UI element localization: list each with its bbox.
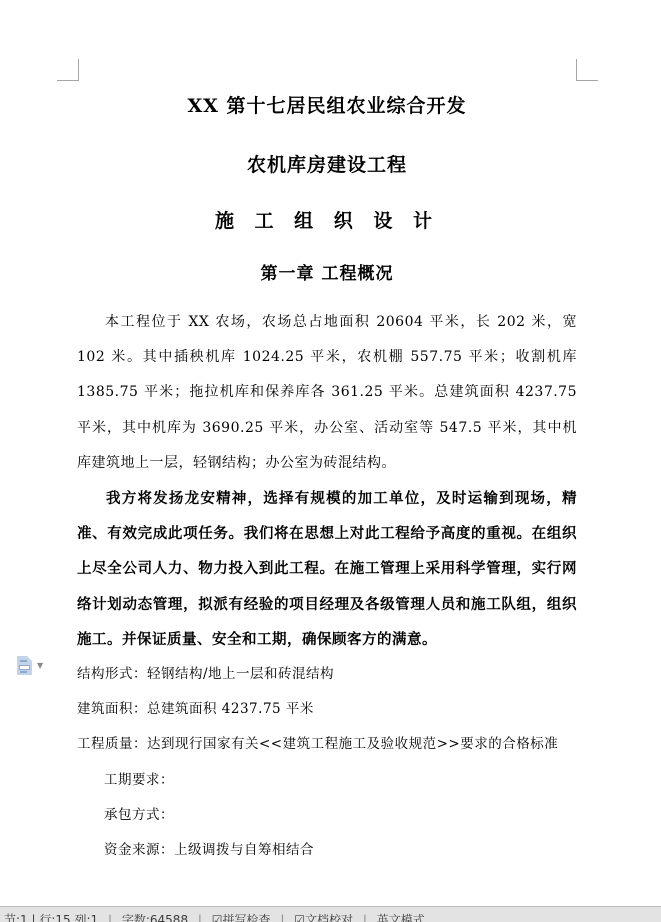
chevron-down-icon: ▼ — [37, 662, 43, 670]
paragraph-project-overview: 本工程位于 XX 农场，农场总占地面积 20604 平米，长 202 米，宽 1… — [77, 305, 577, 481]
status-bar-content: 节:1 | 行:15 列:1 | 字数:64588 | ☑拼写检查 | ☑文档校… — [4, 911, 431, 922]
status-word-count: 字数:64588 — [122, 911, 188, 922]
document-canvas[interactable]: XX 第十七居民组农业综合开发 农机库房建设工程 施 工 组 织 设 计 第一章… — [0, 0, 661, 906]
status-bar: 节:1 | 行:15 列:1 | 字数:64588 | ☑拼写检查 | ☑文档校… — [0, 906, 661, 922]
chapter-heading: 第一章 工程概况 — [77, 261, 577, 287]
info-line-schedule-requirement: 工期要求： — [77, 763, 577, 798]
info-line-project-quality: 工程质量：达到现行国家有关<<建筑工程施工及验收规范>>要求的合格标准 — [77, 727, 577, 762]
status-language-mode[interactable]: 英文模式 — [377, 911, 425, 922]
application-window: { "document": { "title_line1": "XX 第十七居民… — [0, 0, 661, 922]
info-line-contract-method: 承包方式： — [77, 798, 577, 833]
paste-options-button[interactable]: ▼ — [14, 654, 48, 678]
status-proofing-toggle[interactable]: ☑文档校对 — [294, 911, 353, 922]
text-boundary-mark-top-left — [57, 59, 79, 81]
document-title-line-1: XX 第十七居民组农业综合开发 — [77, 92, 577, 120]
document-title-line-2: 农机库房建设工程 — [77, 151, 577, 179]
status-cursor-position: 节:1 | 行:15 列:1 — [4, 911, 98, 922]
info-line-funding-source: 资金来源：上级调拨与自筹相结合 — [77, 833, 577, 868]
document-text-area: XX 第十七居民组农业综合开发 农机库房建设工程 施 工 组 织 设 计 第一章… — [77, 81, 577, 868]
info-line-building-area: 建筑面积：总建筑面积 4237.75 平米 — [77, 692, 577, 727]
text-boundary-mark-top-right — [576, 59, 598, 81]
info-line-structure-type: 结构形式：轻钢结构/地上一层和砖混结构 — [77, 657, 577, 692]
document-title-line-3: 施 工 组 织 设 计 — [77, 207, 577, 235]
status-spell-check-toggle[interactable]: ☑拼写检查 — [212, 911, 271, 922]
paragraph-commitment: 我方将发扬龙安精神，选择有规模的加工单位，及时运输到现场，精准、有效完成此项任务… — [77, 481, 577, 657]
paste-options-icon — [17, 656, 32, 675]
